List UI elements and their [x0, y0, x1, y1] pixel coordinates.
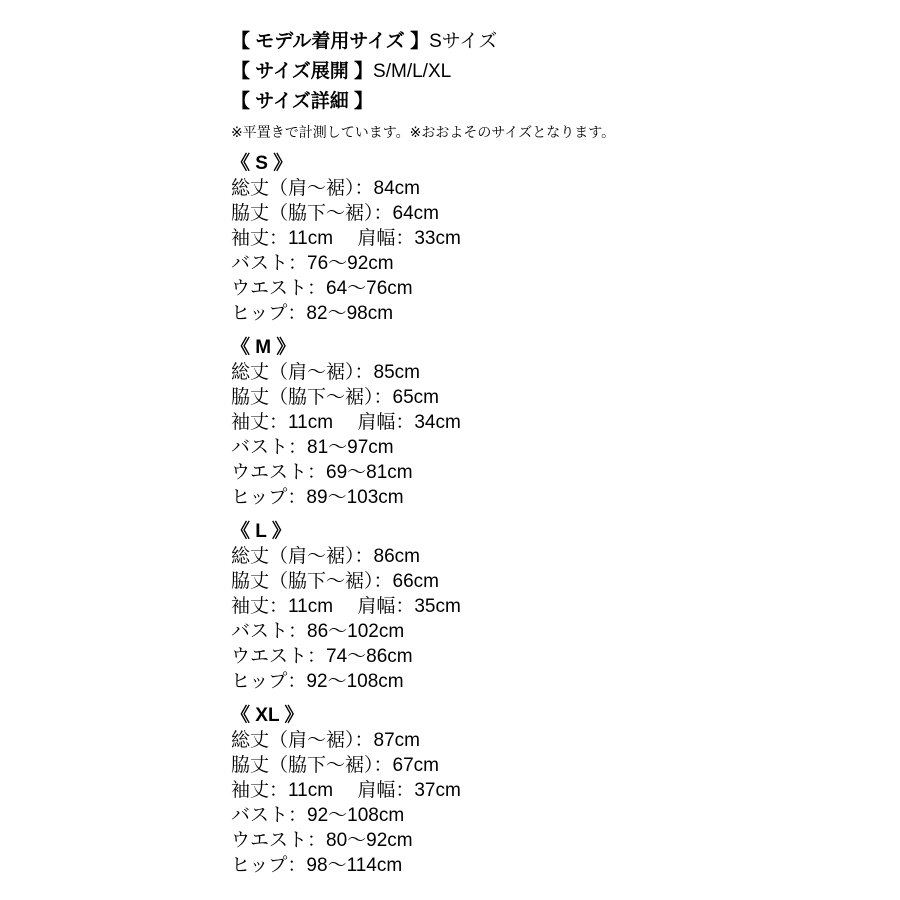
measurement-row-bust: バスト：86〜102cm [231, 619, 880, 644]
size-chart-document: 【 モデル着用サイズ 】Sサイズ 【 サイズ展開 】S/M/L/XL 【 サイズ… [0, 0, 900, 878]
size-detail-label: 【 サイズ詳細 】 [231, 91, 373, 112]
measurement-row-side-length: 脇丈（脇下〜裾）：65cm [231, 385, 880, 410]
size-range-value: S/M/L/XL [373, 61, 451, 82]
size-section-s: 《 S 》 総丈（肩〜裾）：84cm 脇丈（脇下〜裾）：64cm 袖丈：11cm… [231, 151, 880, 326]
measurement-row-sleeve-shoulder: 袖丈：11cm 肩幅：33cm [231, 226, 880, 251]
measurement-row-waist: ウエスト：64〜76cm [231, 276, 880, 301]
model-size-line: 【 モデル着用サイズ 】Sサイズ [231, 27, 880, 57]
size-range-label: 【 サイズ展開 】 [231, 61, 373, 82]
measurement-row-hip: ヒップ：82〜98cm [231, 301, 880, 326]
size-section-title: 《 S 》 [231, 151, 880, 176]
measurement-row-side-length: 脇丈（脇下〜裾）：66cm [231, 569, 880, 594]
size-section-title: 《 M 》 [231, 335, 880, 360]
size-section-title: 《 XL 》 [231, 703, 880, 728]
measurement-row-hip: ヒップ：92〜108cm [231, 669, 880, 694]
size-section-title: 《 L 》 [231, 519, 880, 544]
size-section-l: 《 L 》 総丈（肩〜裾）：86cm 脇丈（脇下〜裾）：66cm 袖丈：11cm… [231, 519, 880, 694]
size-section-xl: 《 XL 》 総丈（肩〜裾）：87cm 脇丈（脇下〜裾）：67cm 袖丈：11c… [231, 703, 880, 878]
measurement-row-waist: ウエスト：69〜81cm [231, 460, 880, 485]
measurement-row-total-length: 総丈（肩〜裾）：87cm [231, 728, 880, 753]
measurement-row-total-length: 総丈（肩〜裾）：84cm [231, 176, 880, 201]
measurement-row-side-length: 脇丈（脇下〜裾）：67cm [231, 753, 880, 778]
measurement-row-hip: ヒップ：89〜103cm [231, 485, 880, 510]
measurement-row-sleeve-shoulder: 袖丈：11cm 肩幅：37cm [231, 778, 880, 803]
model-size-value: Sサイズ [429, 31, 497, 52]
model-size-label: 【 モデル着用サイズ 】 [231, 31, 429, 52]
measurement-row-bust: バスト：76〜92cm [231, 251, 880, 276]
measurement-row-sleeve-shoulder: 袖丈：11cm 肩幅：34cm [231, 410, 880, 435]
measurement-row-total-length: 総丈（肩〜裾）：86cm [231, 544, 880, 569]
measurement-row-side-length: 脇丈（脇下〜裾）：64cm [231, 201, 880, 226]
measurement-row-total-length: 総丈（肩〜裾）：85cm [231, 360, 880, 385]
measurement-row-hip: ヒップ：98〜114cm [231, 853, 880, 878]
measurement-row-sleeve-shoulder: 袖丈：11cm 肩幅：35cm [231, 594, 880, 619]
size-detail-line: 【 サイズ詳細 】 [231, 87, 880, 117]
measurement-row-bust: バスト：92〜108cm [231, 803, 880, 828]
measurement-row-bust: バスト：81〜97cm [231, 435, 880, 460]
size-section-m: 《 M 》 総丈（肩〜裾）：85cm 脇丈（脇下〜裾）：65cm 袖丈：11cm… [231, 335, 880, 510]
measurement-row-waist: ウエスト：80〜92cm [231, 828, 880, 853]
measurement-note: ※平置きで計測しています。※おおよそのサイズとなります。 [231, 122, 880, 142]
measurement-row-waist: ウエスト：74〜86cm [231, 644, 880, 669]
size-range-line: 【 サイズ展開 】S/M/L/XL [231, 57, 880, 87]
